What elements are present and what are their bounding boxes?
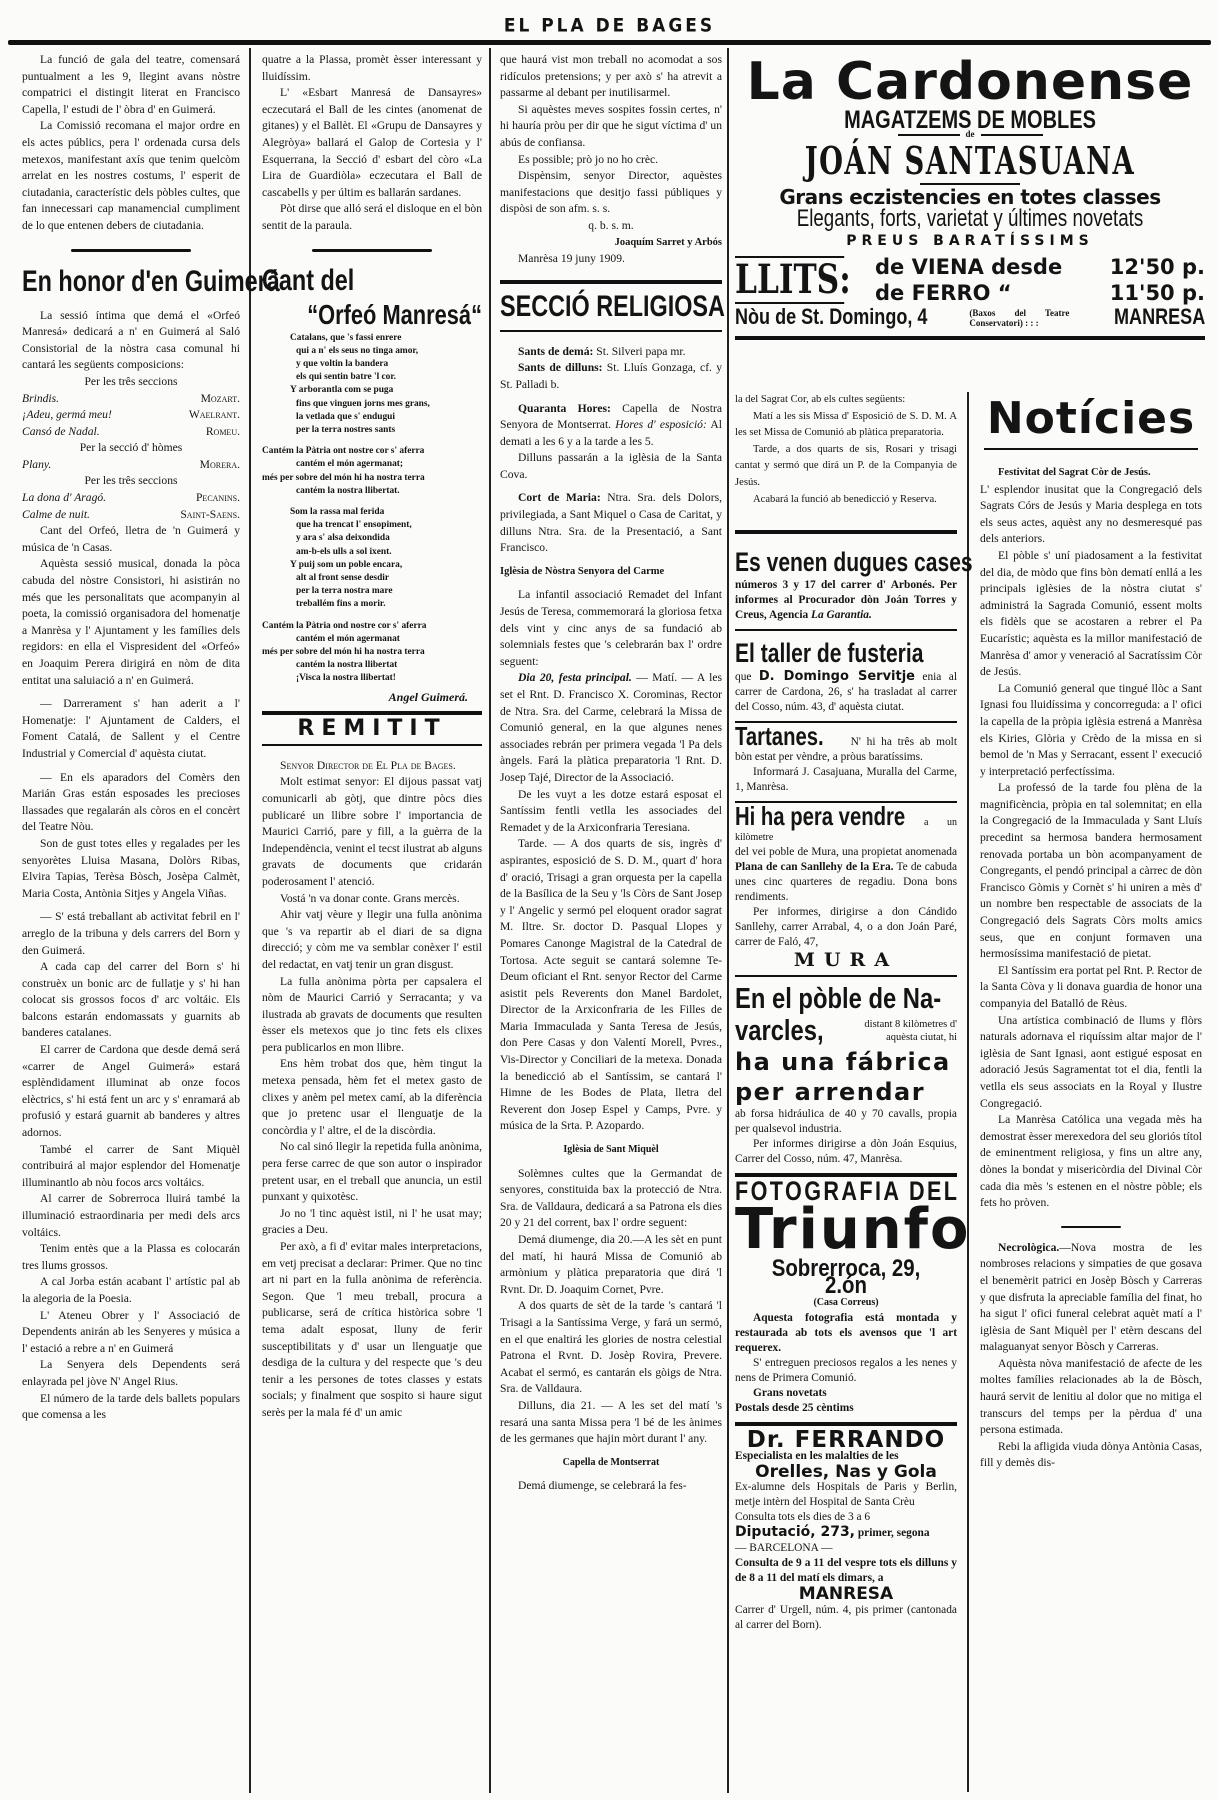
newspaper-title: EL PLA DE BAGES bbox=[0, 15, 1219, 37]
poem-line bbox=[262, 498, 482, 506]
section-heading: Notícies bbox=[980, 392, 1202, 446]
poem-line: cantém el món agermanat; bbox=[262, 458, 482, 471]
article-heading: En honor d'en Guimerá bbox=[22, 264, 240, 300]
program-note: Cant del Orfeó, lletra de 'n Guimerá y m… bbox=[22, 523, 240, 556]
ad-fusteria: El taller de fusteria que D. Domingo Ser… bbox=[735, 637, 957, 715]
letter-signature: Joaquím Sarret y Arbós bbox=[500, 235, 722, 252]
article-paragraph: Jo no 'l tinc aquèst istil, ni l' he usa… bbox=[262, 1206, 482, 1239]
article-paragraph: El pòble s' uní piadosament a la festivi… bbox=[980, 548, 1202, 681]
column-divider bbox=[967, 392, 969, 1792]
article-paragraph: El Santíssim era portat pel Rnt. P. Rect… bbox=[980, 963, 1202, 1013]
article-paragraph: que haurá vist mon treball no acomodat a… bbox=[500, 52, 722, 102]
program-item: Plany.Morera. bbox=[22, 457, 240, 474]
ad-cases: Es venen dugues cases números 3 y 17 del… bbox=[735, 546, 957, 623]
poem-line: fins que vinguen jorns mes grans, bbox=[262, 398, 482, 411]
article-paragraph: El carrer de Cardona que desde demá será… bbox=[22, 1042, 240, 1142]
program-section: Per les três seccions bbox=[22, 473, 240, 490]
poem-line: la vetlada que s' endugui bbox=[262, 411, 482, 424]
article-paragraph: Al carrer de Sobrerroca lluirá també la … bbox=[22, 1191, 240, 1241]
letter-salutation: Senyor Director de El Pla de Bages. bbox=[262, 758, 482, 775]
poem-line: per la terra nostres sants bbox=[262, 424, 482, 437]
section-heading: REMITIT bbox=[262, 721, 482, 738]
poem-line: qui a n' els seus no tinga amor, bbox=[262, 345, 482, 358]
column-divider bbox=[489, 48, 491, 1793]
article-paragraph: Si aquèstes meves sospites fossin certes… bbox=[500, 102, 722, 152]
ad-address: Nòu de St. Domingo, 4 (Baxos del Teatre … bbox=[735, 308, 1205, 328]
quaranta-hores: Quaranta Hores: Capella de Nostra Senyor… bbox=[500, 401, 722, 451]
article-heading: Cant del bbox=[262, 264, 379, 298]
poem-line bbox=[262, 437, 482, 445]
article-paragraph: Ens hèm trobat dos que, hèm tingut la me… bbox=[262, 1056, 482, 1139]
poem-line: cantém el món agermanat bbox=[262, 633, 482, 646]
article-paragraph: La fulla anònima pòrta per capsalera el … bbox=[262, 974, 482, 1057]
section-divider bbox=[262, 711, 482, 715]
article-paragraph: — S' está treballant ab activitat febril… bbox=[22, 909, 240, 959]
letter-body: Molt estimat senyor: El dijous passat va… bbox=[262, 774, 482, 1421]
article-paragraph: Aquèsta sessió musical, donada la pòca c… bbox=[22, 556, 240, 689]
article-paragraph: Demá diumenge, dia 20.—A les sèt en punt… bbox=[500, 1232, 722, 1298]
article-paragraph: No cal sinó llegir la repetida fulla anò… bbox=[262, 1139, 482, 1205]
subsection-heading: Capella de Montserrat bbox=[500, 1455, 722, 1472]
article-paragraph: Molt estimat senyor: El dijous passat va… bbox=[262, 774, 482, 890]
article-paragraph: Vostá 'n va donar conte. Grans mercès. bbox=[262, 891, 482, 908]
article-paragraph: La professó de la tarde fou plèna de la … bbox=[980, 780, 1202, 963]
program-item: ¡Adeu, germá meu!Waelrant. bbox=[22, 407, 240, 424]
masthead: EL PLA DE BAGES bbox=[0, 0, 1219, 48]
article-paragraph: Dilluns, dia 21. — A les set del matí 's… bbox=[500, 1398, 722, 1448]
subsection-heading: Iglèsia de Nòstra Senyora del Carme bbox=[500, 564, 722, 581]
ad-navarcles: En el pòble de Na- varcles,distant 8 kil… bbox=[735, 983, 957, 1167]
column-1: La funció de gala del teatre, comensará … bbox=[22, 52, 240, 1424]
article-paragraph: El número de la tarde dels ballets popul… bbox=[22, 1391, 240, 1424]
article-paragraph: De les vuyt a les dotze estará esposat e… bbox=[500, 787, 722, 837]
ad-dr-ferrando: Dr. FERRANDO Especialista en les malalti… bbox=[735, 1432, 957, 1633]
section-divider bbox=[71, 249, 191, 252]
saints-today: Sants de demá: St. Silveri papa mr. bbox=[500, 344, 722, 361]
article-heading: “Orfeó Manresá“ bbox=[256, 298, 482, 332]
article-paragraph: Dilluns passarán a la iglèsia de la Sant… bbox=[500, 450, 722, 483]
poem-line: Cantém la Pàtria ont nostre cor s' aferr… bbox=[262, 445, 482, 458]
article-body: Aquèsta sessió musical, donada la pòca c… bbox=[22, 556, 240, 1423]
poem-author: Angel Guimerá. bbox=[262, 689, 468, 706]
article-paragraph: — Darrerament s' han aderit a l' Homenat… bbox=[22, 696, 240, 762]
article-paragraph: La Comunió general que tingué llòc a San… bbox=[980, 681, 1202, 781]
section-divider bbox=[312, 249, 432, 252]
program-item: La dona d' Aragó.Pecanins. bbox=[22, 490, 240, 507]
section-divider bbox=[262, 744, 482, 746]
column-divider bbox=[249, 48, 251, 1793]
ad-tartanes: Tartanes. N' hi ha três ab molt bòn esta… bbox=[735, 729, 957, 795]
program-item: Calme de nuit.Saint-Saens. bbox=[22, 507, 240, 524]
letter-dateline: Manrèsa 19 juny 1909. bbox=[500, 251, 722, 268]
poem-line: am-b-els ulls a sol ixent. bbox=[262, 546, 482, 559]
ad-beds-prices: LLITS: de VIENA desde12'50 p. de FERRO “… bbox=[735, 254, 1205, 306]
article-paragraph: L' esplendor inusitat que la Congregació… bbox=[980, 482, 1202, 548]
article-paragraph: Ahir vatj vèure y llegir una fulla anòni… bbox=[262, 907, 482, 973]
article-paragraph: Dispènsim, senyor Director, aquèstes man… bbox=[500, 168, 722, 218]
ad-vendre: Hi ha pera vendre a un kilòmetre del vei… bbox=[735, 809, 957, 969]
article-paragraph: També el carrer de Sant Miquèl contribui… bbox=[22, 1142, 240, 1192]
article-paragraph: A cal Jorba están acabant l' artístic pa… bbox=[22, 1274, 240, 1307]
ad-fotografia-triunfo: FOTOGRAFIA DEL Triunfo Sobrerroca, 29, 2… bbox=[735, 1183, 957, 1416]
poem-line: cantém la nostra llibertat bbox=[262, 659, 482, 672]
poem-line: Som la rassa mal ferida bbox=[262, 506, 482, 519]
poem-line: y ara s' alsa deixondida bbox=[262, 532, 482, 545]
news-body: L' esplendor inusitat que la Congregació… bbox=[980, 482, 1202, 1212]
article-paragraph: A cada cap del carrer del Born s' hi con… bbox=[22, 959, 240, 1042]
ad-owner: JOÁN SANTASUANA bbox=[801, 139, 1139, 183]
ad-la-cardonense: La Cardonense MAGATZEMS DE MOBLES de JOÁ… bbox=[735, 52, 1205, 346]
section-divider bbox=[500, 280, 722, 284]
poem-line: més per sobre del món hi ha nostra terra bbox=[262, 646, 482, 659]
article-paragraph: L' Ateneu Obrer y l' Associació de Depen… bbox=[22, 1308, 240, 1358]
column-4a: la del Sagrat Cor, ab els cultes següent… bbox=[735, 392, 957, 1633]
column-divider bbox=[727, 48, 729, 1793]
ad-subtitle: MAGATZEMS DE MOBLES bbox=[782, 112, 1158, 129]
poem-line: ¡Visca la nostra llibertat! bbox=[262, 672, 482, 685]
article-paragraph: Per axò, a fi d' evitar males interpreta… bbox=[262, 1239, 482, 1422]
poem-line: Y puij som un poble encara, bbox=[262, 559, 482, 572]
concert-program: Per les três seccionsBrindis.Mozart.¡Ade… bbox=[22, 374, 240, 523]
article-paragraph: Demá diumenge, se celebrará la fes- bbox=[500, 1478, 722, 1495]
poem-line bbox=[262, 612, 482, 620]
column-2: quatre a la Plassa, promèt èsser interes… bbox=[262, 52, 482, 1422]
poem-line: per la terra nostra mare bbox=[262, 585, 482, 598]
poem-line: Y arborantla com se puga bbox=[262, 384, 482, 397]
poem-line: més per sobre del món hi ha nostra terra bbox=[262, 472, 482, 485]
poem-line: y que voltin la bandera bbox=[262, 358, 482, 371]
poem-line: treballém fins a morir. bbox=[262, 598, 482, 611]
article-paragraph: quatre a la Plassa, promèt èsser interes… bbox=[262, 52, 482, 85]
article-paragraph: Festivitat del Sagrat Còr de Jesús. bbox=[980, 464, 1202, 482]
article-paragraph: Dia 20, festa principal. — Matí. — A les… bbox=[500, 670, 722, 786]
article-paragraph: La Senyera dels Dependents será enlayrad… bbox=[22, 1357, 240, 1390]
poem-line: Cantém la Pàtria ond nostre cor s' aferr… bbox=[262, 620, 482, 633]
article-paragraph: L' «Esbart Manresá de Dansayres» eczecut… bbox=[262, 85, 482, 201]
column-3: que haurá vist mon treball no acomodat a… bbox=[500, 52, 722, 1495]
article-paragraph: Tarde. — A dos quarts de sis, ingrès d' … bbox=[500, 836, 722, 1135]
article-paragraph: La Manrèsa Católica una vegada mès ha de… bbox=[980, 1112, 1202, 1212]
article-paragraph: Es possible; prò jo no ho crèc. bbox=[500, 152, 722, 169]
article-paragraph: La infantil associació Remadet del Infan… bbox=[500, 587, 722, 670]
article-paragraph: Tenim entès que a la Plassa es colocarán… bbox=[22, 1241, 240, 1274]
article-paragraph: La Comissió recomana el major ordre en e… bbox=[22, 118, 240, 234]
program-item: Brindis.Mozart. bbox=[22, 391, 240, 408]
article-paragraph: Son de gust totes elles y regalades per … bbox=[22, 836, 240, 902]
article-paragraph: La funció de gala del teatre, comensará … bbox=[22, 52, 240, 118]
poem-line: alt al front sense desdir bbox=[262, 572, 482, 585]
section-heading: SECCIÓ RELIGIOSA bbox=[500, 290, 726, 324]
poem: Catalans, que 's fassi enrerequi a n' el… bbox=[262, 332, 482, 686]
obituary: Necrològica.—Nova mostra de les nombrose… bbox=[980, 1240, 1202, 1356]
poem-line: que ha trencat l' ensopiment, bbox=[262, 519, 482, 532]
article-paragraph: Una artística combinació de llums y flòr… bbox=[980, 1013, 1202, 1113]
poem-line: Catalans, que 's fassi enrere bbox=[262, 332, 482, 345]
program-item: Cansó de Nadal.Romeu. bbox=[22, 424, 240, 441]
subsection-heading: Iglèsia de Sant Miquèl bbox=[500, 1142, 722, 1159]
saints-monday: Sants de dilluns: St. Lluís Gonzaga, cf.… bbox=[500, 360, 722, 393]
program-section: Per les três seccions bbox=[22, 374, 240, 391]
masthead-rule bbox=[8, 40, 1211, 45]
poem-line: els qui sentin batre 'l cor. bbox=[262, 371, 482, 384]
letter-signoff: q. b. s. m. bbox=[500, 218, 722, 235]
article-paragraph: Solèmnes cultes que la Germandat de seny… bbox=[500, 1166, 722, 1232]
program-section: Per la secció d' hòmes bbox=[22, 440, 240, 457]
article-paragraph: La sessió íntima que demá el «Orfeó Manr… bbox=[22, 308, 240, 374]
poem-line: cantém la nostra llibertat. bbox=[262, 485, 482, 498]
cort-de-maria: Cort de Maria: Ntra. Sra. dels Dolors, p… bbox=[500, 490, 722, 556]
article-paragraph: Pòt dirse que alló será el disloque en e… bbox=[262, 201, 482, 234]
ad-title: La Cardonense bbox=[735, 52, 1205, 112]
article-paragraph: A dos quarts de sèt de la tarde 's canta… bbox=[500, 1298, 722, 1398]
column-4b: Notícies Festivitat del Sagrat Còr de Je… bbox=[980, 392, 1202, 1472]
article-paragraph: — En els aparadors del Comèrs den Marián… bbox=[22, 770, 240, 836]
section-divider bbox=[500, 330, 722, 332]
